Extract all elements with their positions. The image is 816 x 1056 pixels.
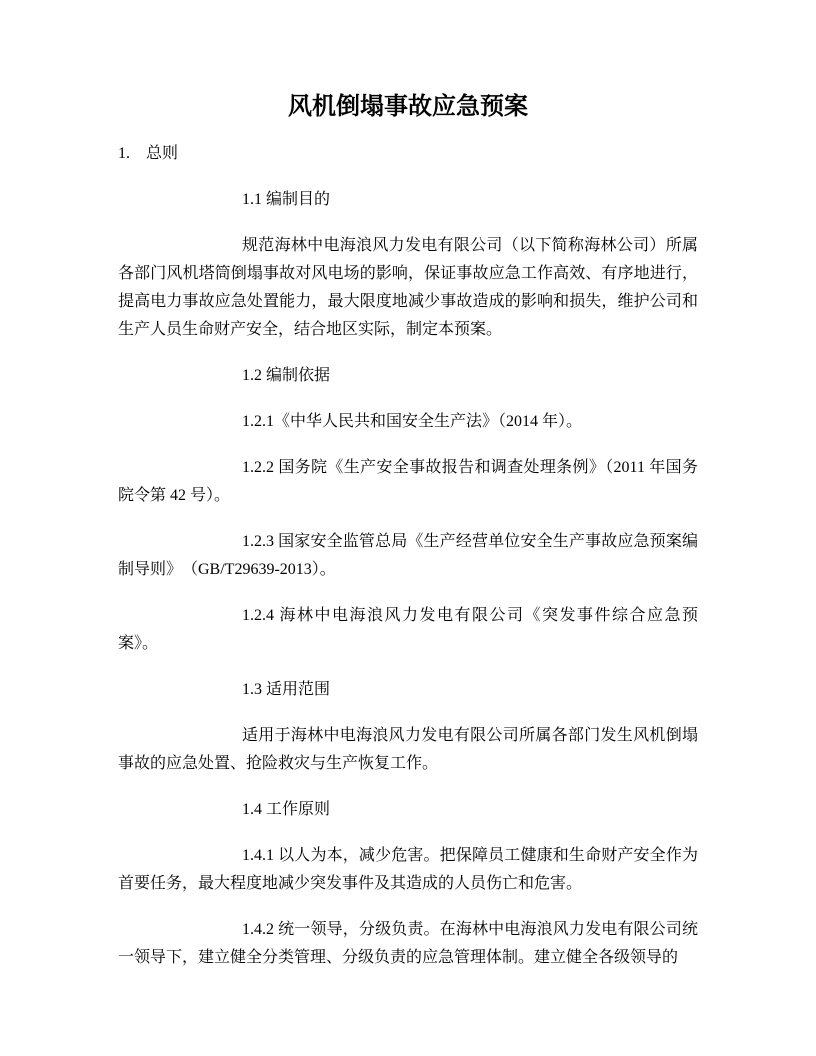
heading-1-4-principles: 1.4 工作原则 (118, 796, 698, 824)
section-1-heading: 1. 总则 (118, 140, 698, 168)
item-1-2-3-guideline: 1.2.3 国家安全监管总局《生产经营单位安全生产事故应急预案编制导则》 （GB… (118, 528, 698, 584)
item-1-2-1-law: 1.2.1《中华人民共和国安全生产法》（2014 年）。 (118, 408, 698, 436)
document-title: 风机倒塌事故应急预案 (118, 92, 698, 122)
heading-1-2-basis: 1.2 编制依据 (118, 362, 698, 390)
body-1-3-scope-text: 适用于海林中电海浪风力发电有限公司所属各部门发生风机倒塌事故的应急处置、抢险救灾… (118, 722, 698, 778)
item-1-4-2-unified-leadership: 1.4.2 统一领导，分级负责。在海林中电海浪风力发电有限公司统一领导下，建立健… (118, 916, 698, 972)
item-1-2-2-regulation: 1.2.2 国务院《生产安全事故报告和调查处理条例》（2011 年国务院令第 4… (118, 454, 698, 510)
item-1-2-4-company-plan: 1.2.4 海林中电海浪风力发电有限公司《突发事件综合应急预案》。 (118, 602, 698, 658)
body-1-1-purpose-text: 规范海林中电海浪风力发电有限公司（以下简称海林公司）所属各部门风机塔筒倒塌事故对… (118, 232, 698, 344)
document-page: 风机倒塌事故应急预案 1. 总则 1.1 编制目的 规范海林中电海浪风力发电有限… (0, 0, 816, 1056)
item-1-4-1-people-first: 1.4.1 以人为本，减少危害。把保障员工健康和生命财产安全作为首要任务，最大程… (118, 842, 698, 898)
heading-1-3-scope: 1.3 适用范围 (118, 676, 698, 704)
heading-1-1-purpose: 1.1 编制目的 (118, 186, 698, 214)
